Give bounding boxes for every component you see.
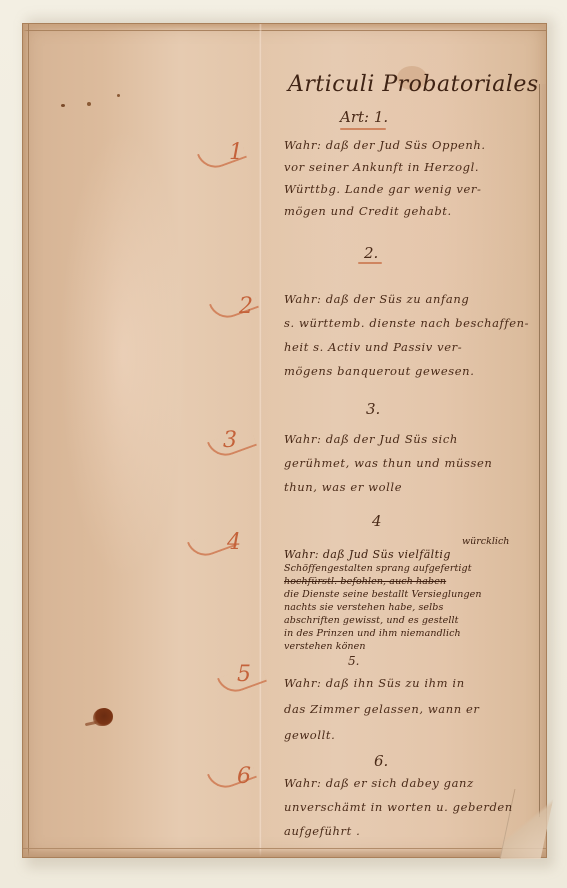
page-right-edge	[539, 84, 546, 817]
article-6-heading: 6.	[374, 752, 388, 770]
document-title: Articuli Probatoriales	[288, 72, 539, 97]
article-3-line-1: Wahr: daß der Jud Süs sich	[284, 432, 458, 446]
margin-numeral-6: 6	[237, 766, 251, 788]
page-left-edge	[23, 24, 29, 857]
article-1-line-1: Wahr: daß der Jud Süs Oppenh.	[284, 138, 486, 152]
margin-numeral-4: 4	[227, 532, 241, 554]
article-2-line-4: mögens banquerout gewesen.	[284, 364, 474, 378]
page-top-edge	[23, 24, 546, 31]
article-2-line-1: Wahr: daß der Süs zu anfang	[284, 292, 469, 306]
margin-numeral-1: 1	[229, 142, 243, 164]
article-4-line-6: abschriften gewisst, und es gestellt	[284, 615, 459, 626]
fold-crease	[259, 24, 262, 857]
foxing-spot	[87, 102, 91, 106]
article-5-line-3: gewollt.	[284, 728, 335, 742]
article-2-underline	[358, 262, 382, 264]
article-3-heading: 3.	[366, 400, 380, 418]
article-4-line-5: nachts sie verstehen habe, selbs	[284, 602, 443, 613]
article-1-line-3: Württbg. Lande gar wenig ver-	[284, 182, 481, 196]
article-2-heading: 2.	[364, 244, 378, 262]
article-4-line-2: Schöffengestalten sprang aufgefertigt	[284, 563, 472, 574]
article-5-line-2: das Zimmer gelassen, wann er	[284, 702, 480, 716]
article-2-line-3: heit s. Activ und Passiv ver-	[284, 340, 462, 354]
article-1-heading: Art: 1.	[340, 108, 388, 126]
article-3-line-2: gerühmet, was thun und müssen	[284, 456, 492, 470]
article-4-line-3-struck: hochfürstl. befohlen, auch haben	[284, 576, 446, 587]
article-1-underline	[340, 128, 386, 130]
article-6-line-3: aufgeführt .	[284, 824, 360, 838]
foxing-spot	[61, 104, 65, 107]
margin-numeral-3: 3	[223, 430, 237, 452]
foxing-spot	[117, 94, 120, 97]
article-3-line-3: thun, was er wolle	[284, 480, 402, 494]
article-1-line-2: vor seiner Ankunft in Herzogl.	[284, 160, 479, 174]
article-1-line-4: mögen und Credit gehabt.	[284, 204, 452, 218]
ink-blot-drip	[85, 721, 97, 726]
margin-numeral-5: 5	[237, 664, 251, 686]
article-4-line-8: verstehen könen	[284, 641, 366, 652]
article-4-heading: 4	[372, 512, 382, 530]
article-5-line-1: Wahr: daß ihn Süs zu ihm in	[284, 676, 465, 690]
margin-numeral-2: 2	[239, 296, 253, 318]
article-6-line-2: unverschämt in worten u. geberden	[284, 800, 513, 814]
article-2-line-2: s. württemb. dienste nach beschaffen-	[284, 316, 529, 330]
article-4-interlinear-insert: würcklich	[462, 536, 509, 547]
page-bottom-edge	[23, 848, 546, 857]
article-4-line-1: Wahr: daß Jud Süs vielfältig	[284, 548, 451, 561]
article-6-line-1: Wahr: daß er sich dabey ganz	[284, 776, 474, 790]
article-4-line-4: die Dienste seine bestallt Versieglungen	[284, 589, 482, 600]
article-4-line-7: in des Prinzen und ihm niemandlich	[284, 628, 461, 639]
article-5-heading: 5.	[348, 654, 359, 668]
